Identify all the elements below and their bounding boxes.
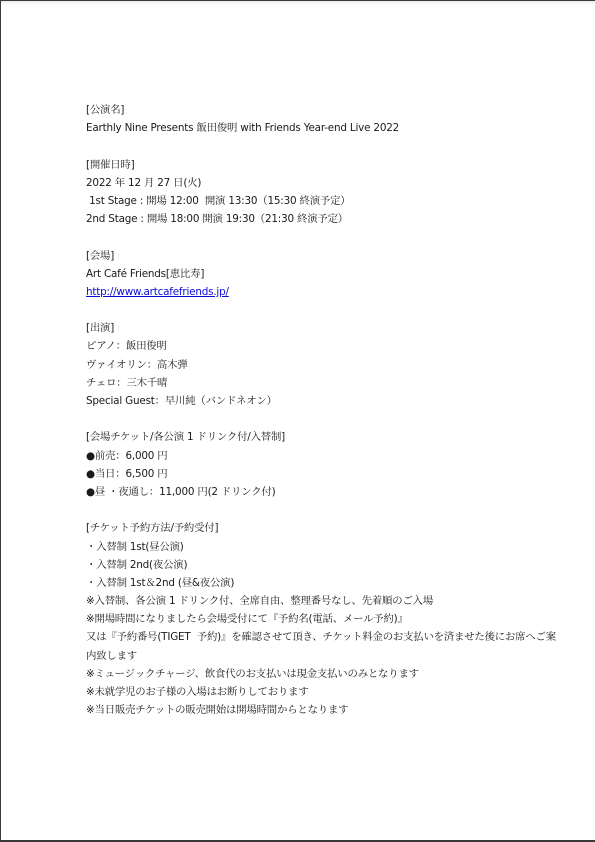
section-tickets: [会場チケット/各公演 1 ドリンク付/入替制] ●前売：6,000 円 ●当日… <box>86 428 556 501</box>
event-date: 2022 年 12 月 27 日(火) <box>86 174 556 192</box>
spacer <box>86 501 556 519</box>
spacer <box>86 301 556 319</box>
reservation-note: 内致します <box>86 647 556 665</box>
reservation-option-1st: ・入替制 1st(昼公演) <box>86 538 556 556</box>
section-heading: [会場] <box>86 247 556 265</box>
reservation-note: ※開場時間になりましたら会場受付にて『予約名(電話、メール予約)』 <box>86 610 556 628</box>
section-heading: [出演] <box>86 319 556 337</box>
section-heading: [公演名] <box>86 101 556 119</box>
reservation-option-both: ・入替制 1st＆2nd (昼&夜公演) <box>86 574 556 592</box>
section-performers: [出演] ピアノ：飯田俊明 ヴァイオリン：高木弾 チェロ：三木千晴 Specia… <box>86 319 556 410</box>
section-heading: [会場チケット/各公演 1 ドリンク付/入替制] <box>86 428 556 446</box>
reservation-note: 又は『予約番号(TIGET 予約)』を確認させて頂き、チケット料金のお支払いを済… <box>86 628 556 646</box>
reservation-option-2nd: ・入替制 2nd(夜公演) <box>86 556 556 574</box>
section-heading: [チケット予約方法/予約受付] <box>86 519 556 537</box>
event-title: Earthly Nine Presents 飯田俊明 with Friends … <box>86 119 556 137</box>
reservation-note: ※入替制、各公演 1 ドリンク付、全席自由、整理番号なし、先着順のご入場 <box>86 592 556 610</box>
spacer <box>86 137 556 155</box>
ticket-door: ●当日：6,500 円 <box>86 465 556 483</box>
section-event-title: [公演名] Earthly Nine Presents 飯田俊明 with Fr… <box>86 101 556 137</box>
ticket-advance: ●前売：6,000 円 <box>86 447 556 465</box>
performer-cello: チェロ：三木千晴 <box>86 374 556 392</box>
performer-special-guest: Special Guest：早川純（バンドネオン） <box>86 392 556 410</box>
section-heading: [開催日時] <box>86 156 556 174</box>
reservation-note: ※当日販売チケットの販売開始は開場時間からとなります <box>86 701 556 719</box>
section-datetime: [開催日時] 2022 年 12 月 27 日(火) 1st Stage : 開… <box>86 156 556 229</box>
page-border-left <box>0 0 1 842</box>
performer-violin: ヴァイオリン：高木弾 <box>86 356 556 374</box>
reservation-note: ※未就学児のお子様の入場はお断りしております <box>86 683 556 701</box>
document-body: [公演名] Earthly Nine Presents 飯田俊明 with Fr… <box>86 101 556 719</box>
venue-url-line: http://www.artcafefriends.jp/ <box>86 283 556 301</box>
spacer <box>86 228 556 246</box>
ticket-all-day: ●昼 ・夜通し：11,000 円(2 ドリンク付) <box>86 483 556 501</box>
section-venue: [会場] Art Café Friends[恵比寿] http://www.ar… <box>86 247 556 302</box>
reservation-note: ※ミュージックチャージ、飲食代のお支払いは現金支払いのみとなります <box>86 665 556 683</box>
page-shadow <box>0 1 595 5</box>
venue-url-link[interactable]: http://www.artcafefriends.jp/ <box>86 286 229 298</box>
stage-2-time: 2nd Stage : 開場 18:00 開演 19:30（21:30 終演予定… <box>86 210 556 228</box>
spacer <box>86 410 556 428</box>
stage-1-time: 1st Stage : 開場 12:00 開演 13:30（15:30 終演予定… <box>86 192 556 210</box>
performer-piano: ピアノ：飯田俊明 <box>86 337 556 355</box>
venue-name: Art Café Friends[恵比寿] <box>86 265 556 283</box>
section-reservation: [チケット予約方法/予約受付] ・入替制 1st(昼公演) ・入替制 2nd(夜… <box>86 519 556 719</box>
